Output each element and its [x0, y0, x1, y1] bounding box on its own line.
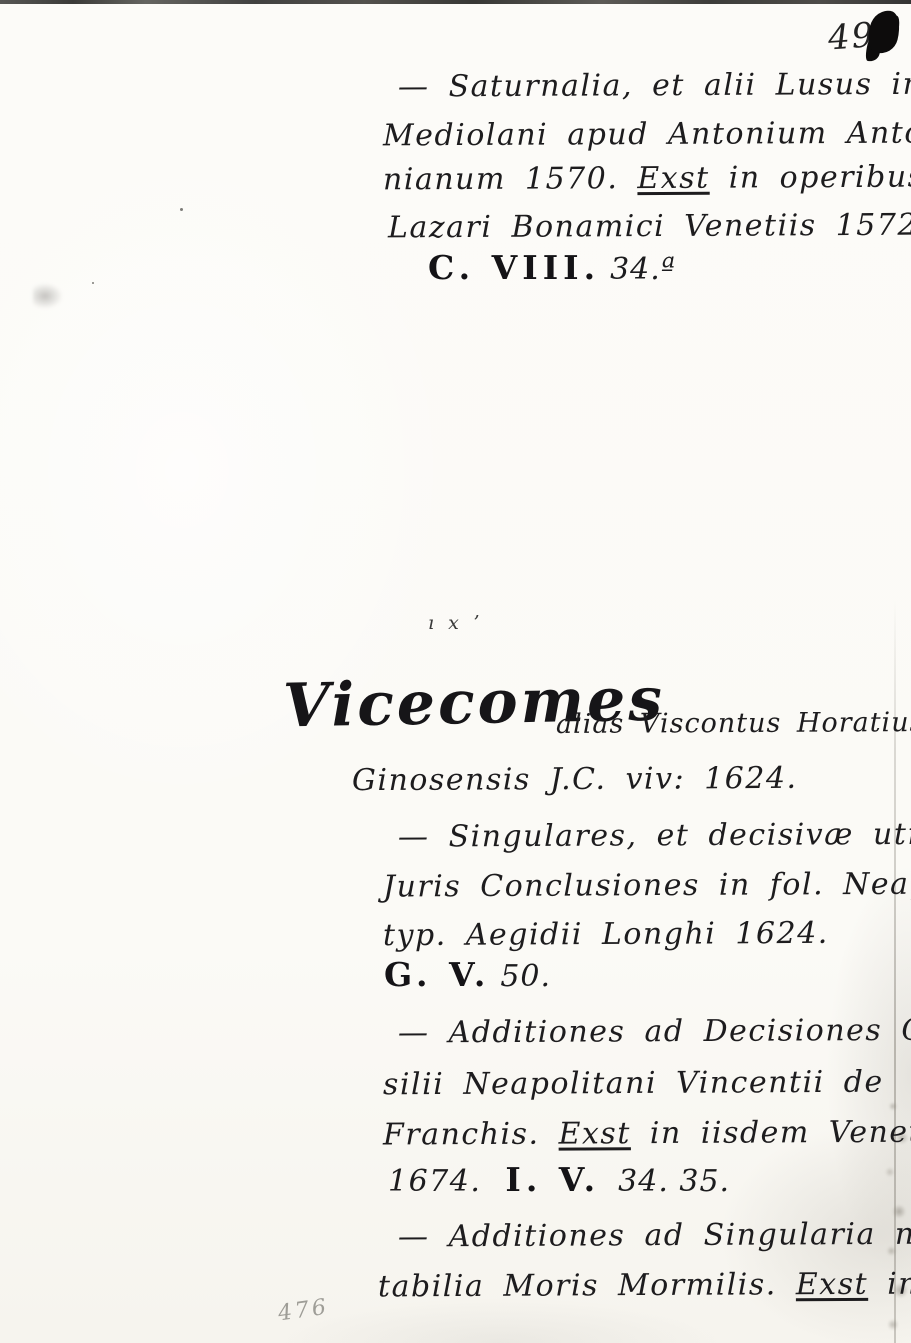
entry2-heading-suffix: alias Viscontus Horatius [556, 707, 911, 740]
entry1-shelfmark: C. VIII.34.ª [428, 248, 676, 287]
manuscript-page: 497 — Saturnalia, et alii Lusus in 4°. M… [0, 0, 911, 1343]
entry2-item2-line3-post: in iisdem Venetiis [631, 1114, 911, 1151]
ink-speck [180, 208, 183, 211]
stray-pen-mark: ı x ʼ [428, 612, 483, 634]
entry2-item3-line2-pre: tabilia Moris Mormilis. [378, 1267, 796, 1304]
entry2-item2-line3: Franchis. Exst in iisdem Venetiis [383, 1114, 911, 1152]
entry2-line2: Ginosensis J.C. viv: 1624. [352, 761, 798, 798]
pencil-folio-number: 476 [277, 1295, 331, 1327]
entry2-item2-line3-exst: Exst [558, 1116, 630, 1151]
entry2-item1-line1: — Singulares, et decisivæ utriusque [398, 816, 911, 854]
scan-top-edge [0, 0, 911, 4]
entry2-item3-line1: — Additiones ad Singularia no= [398, 1217, 911, 1255]
entry2-item2-shelfmark-numbers: 34. 35. [618, 1164, 730, 1199]
margin-smudge [33, 283, 63, 309]
entry2-item2-line2: silii Neapolitani Vincentii de [383, 1065, 884, 1103]
entry1-line3-pre: nianum 1570. [383, 161, 638, 197]
entry2-item3-line2-post: in [868, 1267, 911, 1302]
entry2-item2-shelfmark-line: 1674.I. V.34. 35. [388, 1160, 730, 1199]
entry2-item1-shelfmark-numbers: 50. [500, 959, 551, 994]
entry1-line3: nianum 1570. Exst in operibus [383, 160, 911, 198]
entry2-item1-line2: Juris Conclusiones in fol. Neapoli [383, 866, 911, 904]
entry2-item2-shelfmark-letters: I. V. [505, 1160, 600, 1199]
ink-speck [92, 282, 94, 284]
entry1-line3-exst: Exst [637, 161, 709, 196]
entry2-item3-line2-exst: Exst [796, 1267, 868, 1302]
entry2-item1-shelfmark: G. V.50. [384, 955, 551, 994]
entry2-item3-line2: tabilia Moris Mormilis. Exst in [378, 1267, 911, 1305]
entry2-item2-year: 1674. [388, 1164, 481, 1199]
entry1-line1: — Saturnalia, et alii Lusus in 4°. [398, 66, 911, 104]
entry1-line3-post: in operibus [710, 160, 911, 196]
entry1-line4: Lazari Bonamici Venetiis 1572. [388, 208, 911, 246]
entry2-item2-line3-pre: Franchis. [383, 1117, 559, 1153]
entry1-line2: Mediolani apud Antonium Anto [383, 116, 911, 154]
entry2-item1-shelfmark-letters: G. V. [384, 955, 490, 994]
entry1-shelfmark-letters: C. VIII. [428, 248, 600, 287]
entry1-shelfmark-numbers: 34.ª [610, 252, 676, 287]
entry2-item2-line1: — Additiones ad Decisiones Con= [398, 1012, 911, 1050]
entry2-item1-line3: typ. Aegidii Longhi 1624. [383, 916, 829, 953]
